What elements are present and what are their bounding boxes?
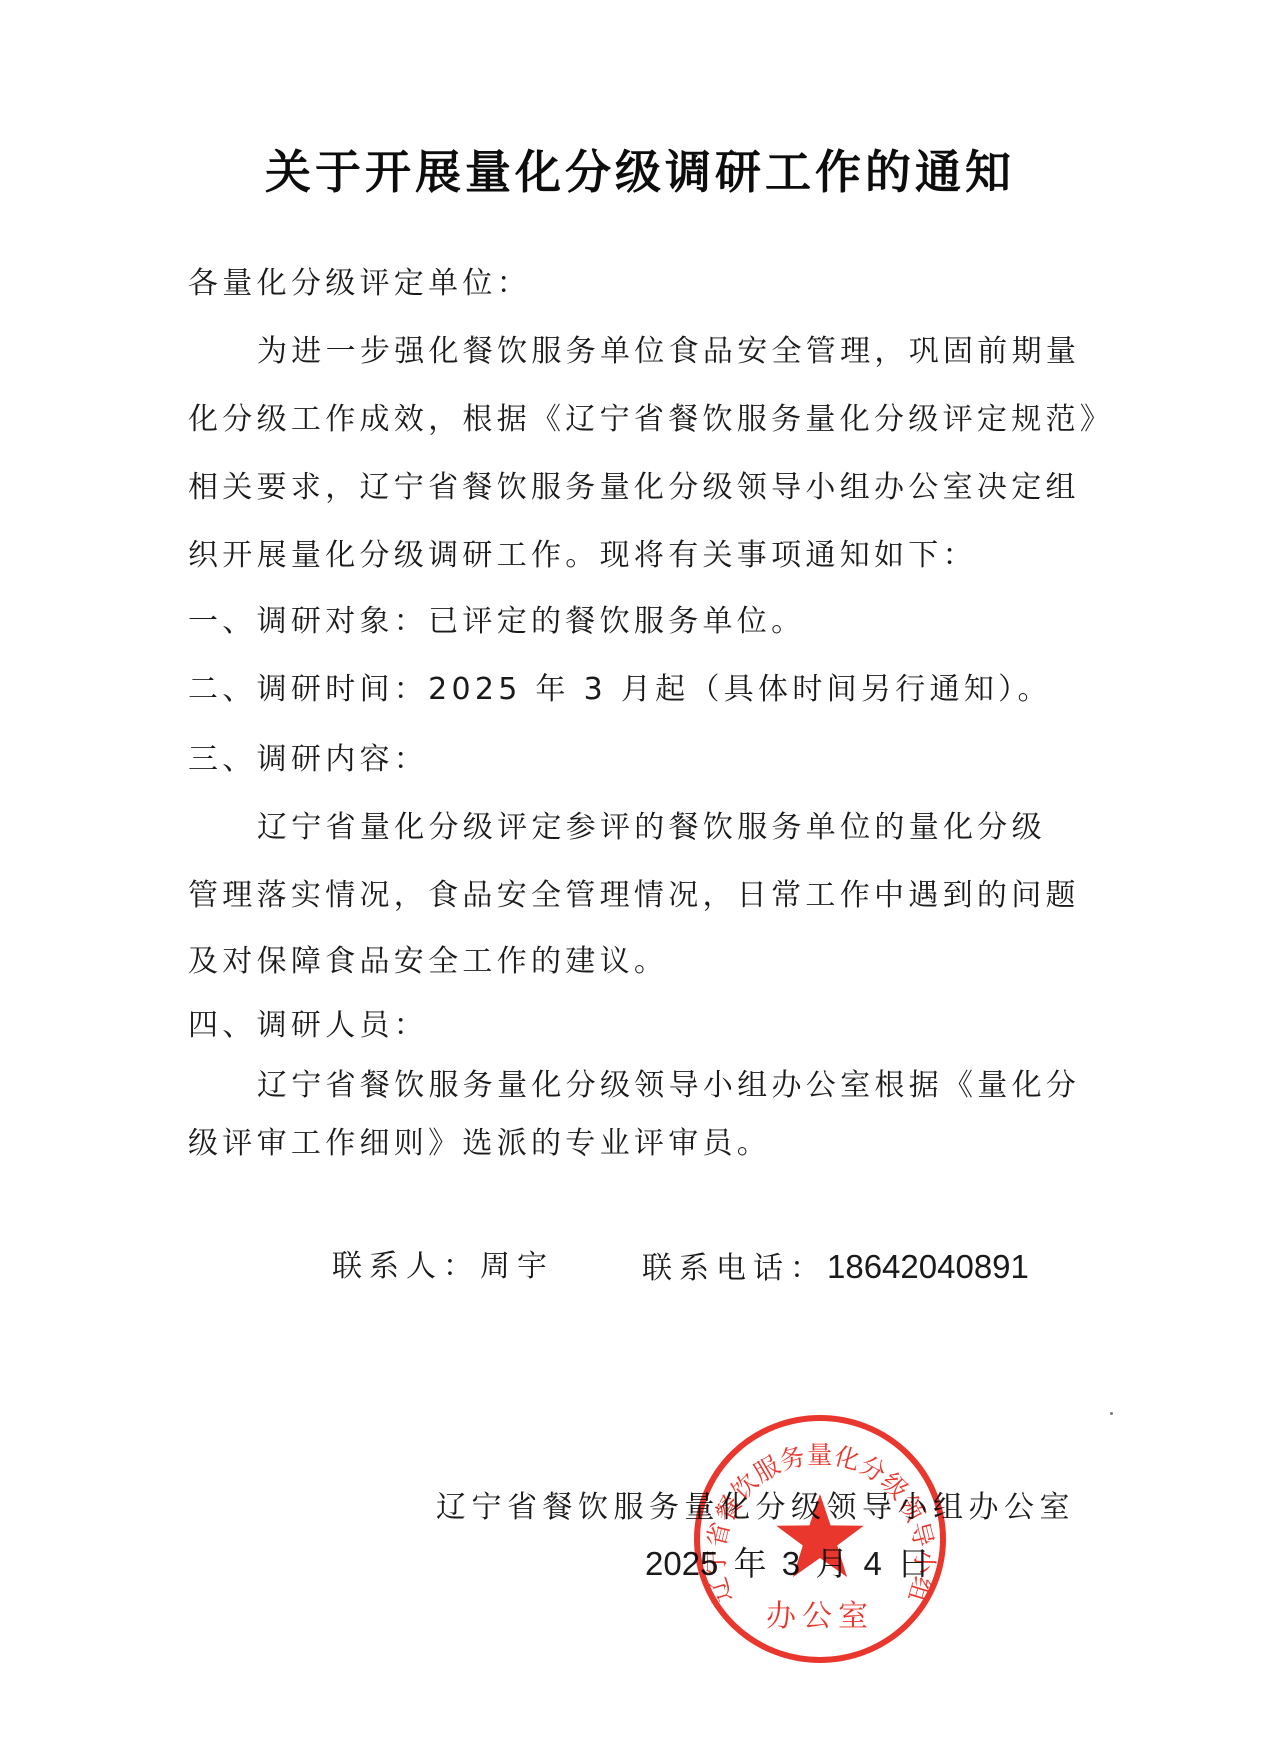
contact-phone: 联系电话：18642040891 <box>642 1234 1029 1300</box>
contact-phone-number: 18642040891 <box>827 1248 1029 1285</box>
contact-phone-label: 联系电话： <box>642 1251 827 1286</box>
document-title: 关于开展量化分级调研工作的通知 <box>0 140 1280 204</box>
section-1-heading: 一、调研对象：已评定的餐饮服务单位。 <box>188 588 1093 656</box>
section-3-heading: 三、调研内容： <box>188 726 1093 794</box>
section-3-line-3: 及对保障食品安全工作的建议。 <box>188 928 1093 996</box>
contact-person-name: 周宇 <box>480 1249 554 1284</box>
section-3-line-1: 辽宁省量化分级评定参评的餐饮服务单位的量化分级 <box>188 794 1162 862</box>
official-seal-stamp: 辽宁省餐饮服务量化分级领导小组 办公室 <box>692 1412 948 1666</box>
contact-person: 联系人：周宇 <box>332 1234 554 1300</box>
section-3-line-2: 管理落实情况，食品安全管理情况，日常工作中遇到的问题 <box>188 862 1093 930</box>
section-4-heading: 四、调研人员： <box>188 992 1093 1060</box>
intro-line-4: 织开展量化分级调研工作。现将有关事项通知如下： <box>188 522 1093 590</box>
notice-document: 关于开展量化分级调研工作的通知 各量化分级评定单位： 为进一步强化餐饮服务单位食… <box>0 0 1280 1755</box>
section-2-heading: 二、调研时间：2025 年 3 月起（具体时间另行通知）。 <box>188 656 1093 724</box>
scan-speck <box>1110 1412 1113 1415</box>
star-icon <box>776 1494 864 1577</box>
intro-line-2: 化分级工作成效，根据《辽宁省餐饮服务量化分级评定规范》 <box>188 386 1093 454</box>
intro-line-1: 为进一步强化餐饮服务单位食品安全管理，巩固前期量 <box>188 318 1162 386</box>
seal-center-text: 办公室 <box>766 1599 874 1634</box>
section-4-line-2: 级评审工作细则》选派的专业评审员。 <box>188 1110 1093 1178</box>
salutation: 各量化分级评定单位： <box>188 250 1093 318</box>
contact-person-label: 联系人： <box>332 1249 480 1284</box>
intro-line-3: 相关要求，辽宁省餐饮服务量化分级领导小组办公室决定组 <box>188 454 1093 522</box>
